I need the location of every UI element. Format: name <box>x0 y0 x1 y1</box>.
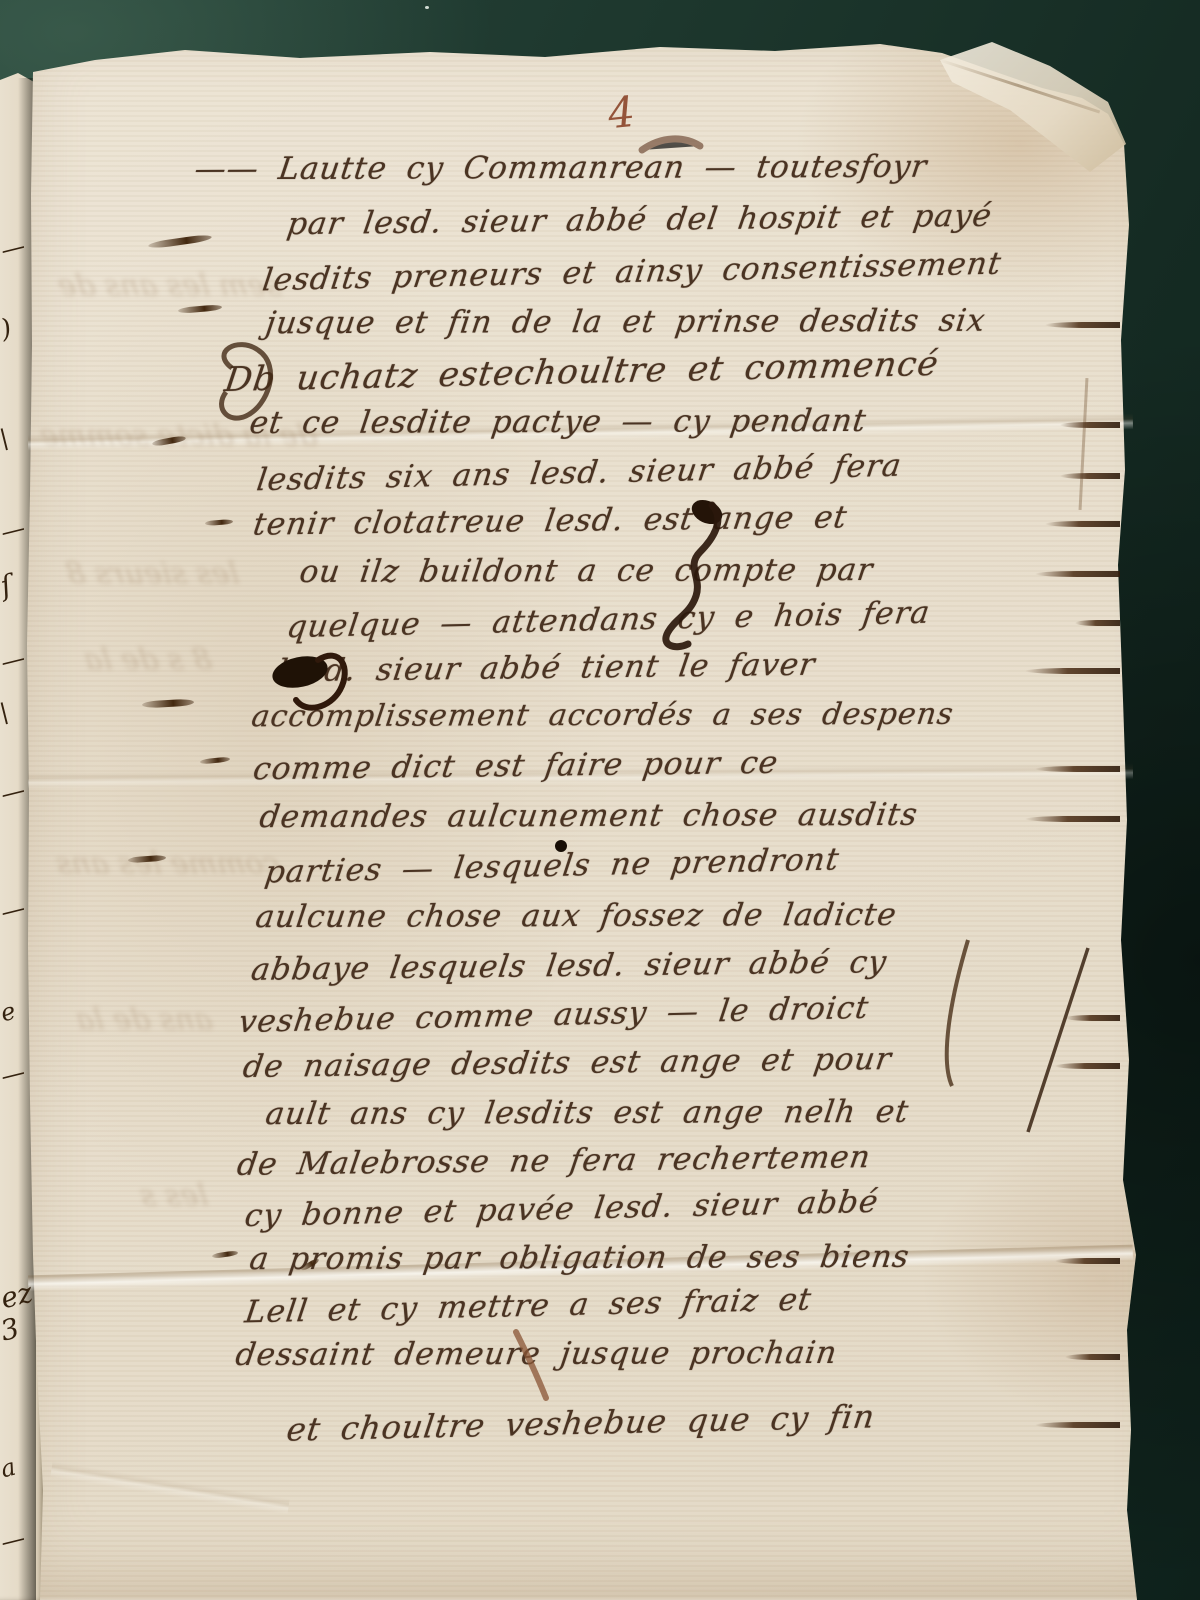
manuscript-photo: 4 sem les ans dede la dicte sommeles sie… <box>0 0 1200 1600</box>
bleed-through-text: ans de la <box>74 1002 215 1037</box>
line-end-dash <box>1045 322 1120 328</box>
line-end-dash <box>1055 1063 1120 1069</box>
line-end-dash <box>1065 1015 1120 1021</box>
line-end-dash <box>1035 571 1120 577</box>
manuscript-line: a promis par obligation de ses biens <box>247 1239 912 1277</box>
manuscript-line: —— Lautte cy Commanrean — toutesfoyr <box>192 149 929 188</box>
manuscript-line: demandes aulcunement chose ausdits <box>257 797 920 835</box>
line-end-dash <box>1065 1354 1120 1360</box>
cut-off-stroke: ez <box>0 1279 35 1314</box>
line-end-dash <box>1045 521 1120 527</box>
line-end-dash <box>1055 1258 1120 1264</box>
manuscript-line: aulcune chose aux fossez de ladicte <box>253 897 899 935</box>
bleed-through-text: comme les ans <box>54 846 283 881</box>
bleed-through-text: les sieurs 8 <box>64 556 242 591</box>
bleed-through-text: sem les ans de <box>56 268 283 303</box>
line-end-dash <box>1075 620 1120 626</box>
manuscript-line: et ce lesdite pactye — cy pendant <box>247 403 868 441</box>
manuscript-line: tenir clotatreue lesd. est ange et <box>251 499 850 542</box>
line-end-dash <box>1035 1422 1120 1428</box>
manuscript-line: accomplissement accordés a ses despens <box>249 697 956 734</box>
line-end-dash <box>1060 422 1120 428</box>
line-end-dash <box>1060 473 1120 479</box>
line-end-dash <box>1025 668 1120 674</box>
line-end-dash <box>1025 816 1120 822</box>
bleed-through-text: 8 s de la <box>82 642 214 677</box>
manuscript-line: ault ans cy lesdits est ange nelh et <box>263 1094 911 1132</box>
line-end-dash <box>1035 766 1120 772</box>
manuscript-line: jusque et fin de la et prinse desdits si… <box>263 303 988 342</box>
manuscript-line: comme dict est faire pour ce <box>251 745 781 787</box>
bleed-through-text: les s <box>138 1178 211 1213</box>
manuscript-line: lesd. sieur abbé tient le faver <box>275 647 818 690</box>
dust-speck <box>425 6 429 9</box>
manuscript-line: dessaint demeure jusque prochain <box>233 1335 839 1373</box>
page-number: 4 <box>606 87 638 139</box>
manuscript-line: ou ilz buildont a ce compte par <box>297 552 875 590</box>
